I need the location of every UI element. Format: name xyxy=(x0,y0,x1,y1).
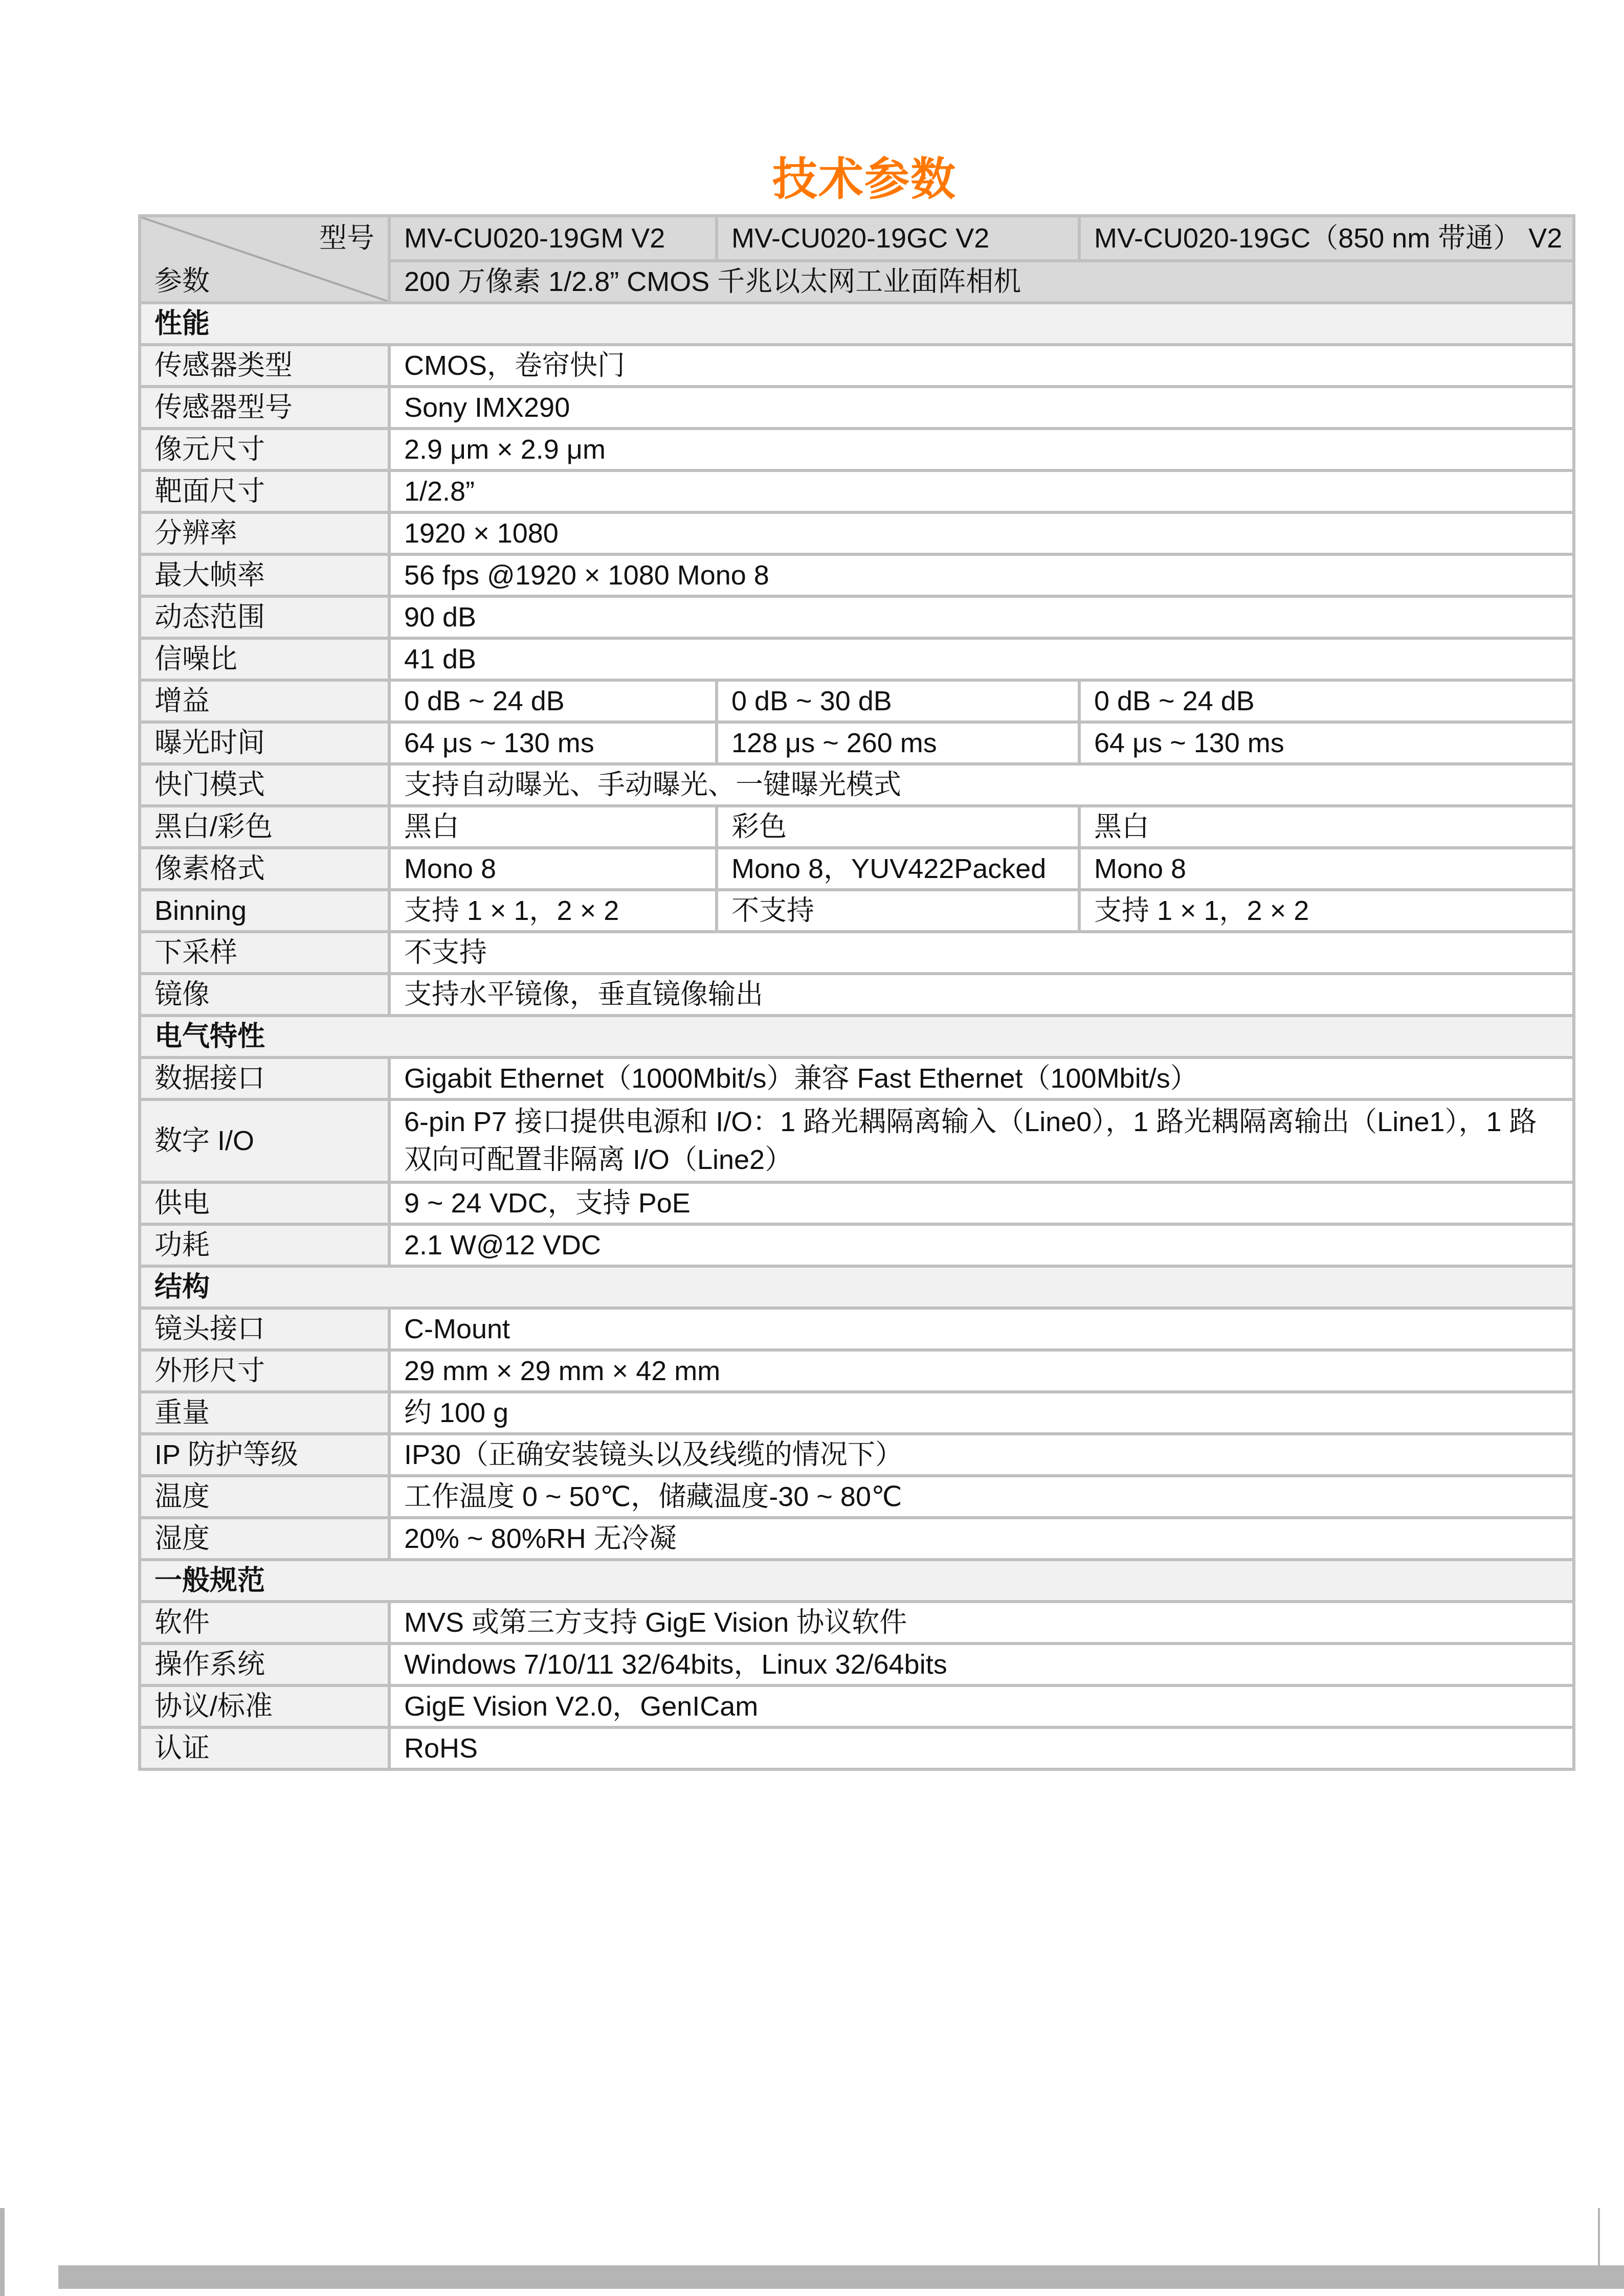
spec-label: 下采样 xyxy=(140,932,389,974)
spec-value-model-3: Mono 8 xyxy=(1079,848,1574,890)
spec-row: 分辨率1920 × 1080 xyxy=(140,512,1574,554)
spec-row: 软件MVS 或第三方支持 GigE Vision 协议软件 xyxy=(140,1602,1574,1644)
spec-row: IP 防护等级IP30（正确安装镜头以及线缆的情况下） xyxy=(140,1434,1574,1476)
spec-row: 温度工作温度 0 ~ 50℃，储藏温度-30 ~ 80℃ xyxy=(140,1476,1574,1518)
spec-label: 传感器型号 xyxy=(140,387,389,429)
spec-value: Windows 7/10/11 32/64bits，Linux 32/64bit… xyxy=(389,1644,1574,1685)
spec-label: 镜像 xyxy=(140,974,389,1016)
spec-value-model-1: 黑白 xyxy=(389,806,717,848)
spec-label: 像元尺寸 xyxy=(140,429,389,470)
spec-value-model-2: 128 μs ~ 260 ms xyxy=(717,722,1079,764)
spec-value-model-2: 彩色 xyxy=(717,806,1079,848)
spec-label: 最大帧率 xyxy=(140,554,389,596)
spec-value: 1920 × 1080 xyxy=(389,512,1574,554)
spec-row: 增益0 dB ~ 24 dB0 dB ~ 30 dB0 dB ~ 24 dB xyxy=(140,680,1574,722)
spec-row: 镜头接口C-Mount xyxy=(140,1308,1574,1350)
section-header-row: 结构 xyxy=(140,1266,1574,1308)
spec-value: 1/2.8” xyxy=(389,470,1574,512)
spec-row: 像素格式Mono 8Mono 8，YUV422PackedMono 8 xyxy=(140,848,1574,890)
spec-row: 快门模式支持自动曝光、手动曝光、一键曝光模式 xyxy=(140,764,1574,806)
spec-row: 传感器类型CMOS，卷帘快门 xyxy=(140,345,1574,387)
spec-label: 动态范围 xyxy=(140,596,389,638)
corner-label-model: 型号 xyxy=(319,220,374,256)
spec-value: 6-pin P7 接口提供电源和 I/O：1 路光耦隔离输入（Line0），1 … xyxy=(389,1099,1574,1182)
spec-value: MVS 或第三方支持 GigE Vision 协议软件 xyxy=(389,1602,1574,1644)
spec-value: Gigabit Ethernet（1000Mbit/s）兼容 Fast Ethe… xyxy=(389,1057,1574,1099)
spec-row: 靶面尺寸1/2.8” xyxy=(140,470,1574,512)
spec-label: Binning xyxy=(140,890,389,932)
spec-row: 认证RoHS xyxy=(140,1727,1574,1769)
spec-table: 型号 参数 MV-CU020-19GM V2 MV-CU020-19GC V2 … xyxy=(138,214,1575,1771)
model-name-2: MV-CU020-19GC V2 xyxy=(717,216,1079,261)
spec-row: 黑白/彩色黑白彩色黑白 xyxy=(140,806,1574,848)
spec-value: 2.1 W@12 VDC xyxy=(389,1224,1574,1266)
spec-value: 支持水平镜像，垂直镜像输出 xyxy=(389,974,1574,1016)
spec-value-model-3: 黑白 xyxy=(1079,806,1574,848)
footer-right-line xyxy=(1598,2208,1600,2265)
spec-label: 供电 xyxy=(140,1182,389,1224)
spec-value: 56 fps @1920 × 1080 Mono 8 xyxy=(389,554,1574,596)
spec-value: 9 ~ 24 VDC，支持 PoE xyxy=(389,1182,1574,1224)
spec-label: 黑白/彩色 xyxy=(140,806,389,848)
spec-label: 软件 xyxy=(140,1602,389,1644)
section-header-row: 电气特性 xyxy=(140,1016,1574,1057)
spec-row: 像元尺寸2.9 μm × 2.9 μm xyxy=(140,429,1574,470)
spec-label: 曝光时间 xyxy=(140,722,389,764)
section-header-row: 一般规范 xyxy=(140,1560,1574,1602)
corner-label-param: 参数 xyxy=(154,263,210,299)
corner-header-cell: 型号 参数 xyxy=(140,216,389,303)
spec-row: 重量约 100 g xyxy=(140,1392,1574,1434)
spec-label: 镜头接口 xyxy=(140,1308,389,1350)
spec-value-model-3: 0 dB ~ 24 dB xyxy=(1079,680,1574,722)
spec-value-model-2: 不支持 xyxy=(717,890,1079,932)
header-row-models: 型号 参数 MV-CU020-19GM V2 MV-CU020-19GC V2 … xyxy=(140,216,1574,261)
spec-label: 认证 xyxy=(140,1727,389,1769)
model-name-3: MV-CU020-19GC（850 nm 带通） V2 xyxy=(1079,216,1574,261)
spec-label: 像素格式 xyxy=(140,848,389,890)
spec-value-model-3: 64 μs ~ 130 ms xyxy=(1079,722,1574,764)
spec-value: Sony IMX290 xyxy=(389,387,1574,429)
spec-label: 外形尺寸 xyxy=(140,1350,389,1392)
spec-value-model-1: 0 dB ~ 24 dB xyxy=(389,680,717,722)
spec-label: IP 防护等级 xyxy=(140,1434,389,1476)
spec-row: 最大帧率56 fps @1920 × 1080 Mono 8 xyxy=(140,554,1574,596)
spec-row: 曝光时间64 μs ~ 130 ms128 μs ~ 260 ms64 μs ~… xyxy=(140,722,1574,764)
spec-value: 90 dB xyxy=(389,596,1574,638)
footer-left-bar xyxy=(0,2208,5,2296)
section-title: 一般规范 xyxy=(140,1560,1574,1602)
spec-row: 湿度20% ~ 80%RH 无冷凝 xyxy=(140,1518,1574,1560)
spec-label: 信噪比 xyxy=(140,638,389,680)
spec-label: 温度 xyxy=(140,1476,389,1518)
spec-label: 功耗 xyxy=(140,1224,389,1266)
spec-value: 工作温度 0 ~ 50℃，储藏温度-30 ~ 80℃ xyxy=(389,1476,1574,1518)
spec-label: 靶面尺寸 xyxy=(140,470,389,512)
spec-row: 传感器型号Sony IMX290 xyxy=(140,387,1574,429)
spec-row: 数字 I/O6-pin P7 接口提供电源和 I/O：1 路光耦隔离输入（Lin… xyxy=(140,1099,1574,1182)
spec-label: 重量 xyxy=(140,1392,389,1434)
spec-label: 湿度 xyxy=(140,1518,389,1560)
spec-label: 快门模式 xyxy=(140,764,389,806)
spec-label: 协议/标准 xyxy=(140,1685,389,1727)
spec-value: 支持自动曝光、手动曝光、一键曝光模式 xyxy=(389,764,1574,806)
spec-value: 29 mm × 29 mm × 42 mm xyxy=(389,1350,1574,1392)
spec-value-model-2: Mono 8，YUV422Packed xyxy=(717,848,1079,890)
footer-bar xyxy=(58,2265,1624,2289)
spec-value-model-3: 支持 1 × 1，2 × 2 xyxy=(1079,890,1574,932)
spec-value: C-Mount xyxy=(389,1308,1574,1350)
spec-value-model-1: 64 μs ~ 130 ms xyxy=(389,722,717,764)
spec-label: 数字 I/O xyxy=(140,1099,389,1182)
spec-label: 数据接口 xyxy=(140,1057,389,1099)
spec-row: 数据接口Gigabit Ethernet（1000Mbit/s）兼容 Fast … xyxy=(140,1057,1574,1099)
spec-value-model-2: 0 dB ~ 30 dB xyxy=(717,680,1079,722)
spec-value: GigE Vision V2.0，GenICam xyxy=(389,1685,1574,1727)
spec-row: 协议/标准GigE Vision V2.0，GenICam xyxy=(140,1685,1574,1727)
spec-row: 供电9 ~ 24 VDC，支持 PoE xyxy=(140,1182,1574,1224)
section-title: 性能 xyxy=(140,303,1574,345)
spec-value: 约 100 g xyxy=(389,1392,1574,1434)
spec-value: 不支持 xyxy=(389,932,1574,974)
spec-row: 镜像支持水平镜像，垂直镜像输出 xyxy=(140,974,1574,1016)
spec-label: 增益 xyxy=(140,680,389,722)
spec-row: 操作系统Windows 7/10/11 32/64bits，Linux 32/6… xyxy=(140,1644,1574,1685)
spec-row: 功耗2.1 W@12 VDC xyxy=(140,1224,1574,1266)
model-name-1: MV-CU020-19GM V2 xyxy=(389,216,717,261)
spec-value: RoHS xyxy=(389,1727,1574,1769)
spec-value: 41 dB xyxy=(389,638,1574,680)
spec-label: 传感器类型 xyxy=(140,345,389,387)
section-header-row: 性能 xyxy=(140,303,1574,345)
section-title: 电气特性 xyxy=(140,1016,1574,1057)
spec-value: IP30（正确安装镜头以及线缆的情况下） xyxy=(389,1434,1574,1476)
spec-value: CMOS，卷帘快门 xyxy=(389,345,1574,387)
spec-row: 动态范围90 dB xyxy=(140,596,1574,638)
product-description: 200 万像素 1/2.8” CMOS 千兆以太网工业面阵相机 xyxy=(389,261,1574,303)
spec-label: 分辨率 xyxy=(140,512,389,554)
spec-value-model-1: Mono 8 xyxy=(389,848,717,890)
section-title: 结构 xyxy=(140,1266,1574,1308)
spec-label: 操作系统 xyxy=(140,1644,389,1685)
page-title: 技术参数 xyxy=(0,143,1624,208)
spec-value: 20% ~ 80%RH 无冷凝 xyxy=(389,1518,1574,1560)
spec-row: 外形尺寸29 mm × 29 mm × 42 mm xyxy=(140,1350,1574,1392)
spec-row: Binning支持 1 × 1，2 × 2不支持支持 1 × 1，2 × 2 xyxy=(140,890,1574,932)
spec-row: 信噪比41 dB xyxy=(140,638,1574,680)
spec-value: 2.9 μm × 2.9 μm xyxy=(389,429,1574,470)
spec-value-model-1: 支持 1 × 1，2 × 2 xyxy=(389,890,717,932)
spec-row: 下采样不支持 xyxy=(140,932,1574,974)
